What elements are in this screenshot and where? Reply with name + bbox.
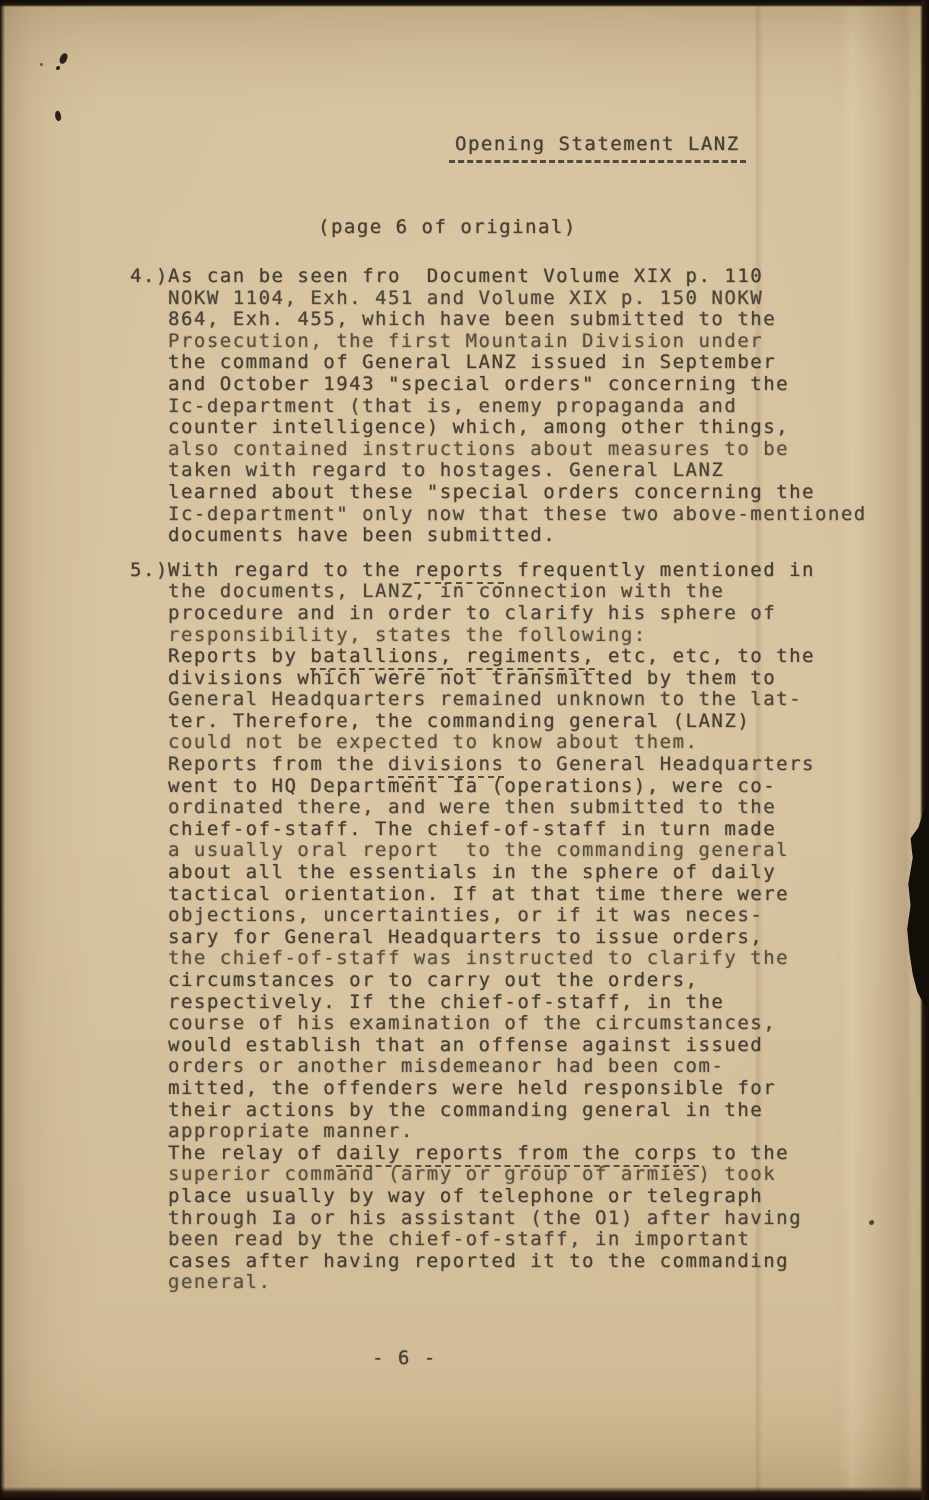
- ink-speck: [53, 110, 62, 121]
- paragraph-body: With regard to the reports frequently me…: [168, 560, 854, 1294]
- ink-speck: [58, 52, 68, 65]
- text-line: would establish that an offense against …: [168, 1035, 854, 1057]
- text-line: documents have been submitted.: [168, 525, 854, 547]
- text-line: 864, Exh. 455, which have been submitted…: [168, 309, 854, 331]
- text-line: mitted, the offenders were held responsi…: [168, 1078, 854, 1100]
- ink-speck: [869, 1220, 874, 1225]
- text-line: The relay of daily reports from the corp…: [168, 1143, 854, 1165]
- text-line: through Ia or his assistant (the O1) aft…: [168, 1208, 854, 1230]
- scan-edge-left: [0, 0, 5, 1500]
- text-line: Prosecution, the first Mountain Division…: [168, 331, 854, 353]
- document-title: Opening Statement LANZ: [449, 134, 746, 163]
- text-line: orders or another misdemeanor had been c…: [168, 1056, 854, 1078]
- scan-edge-bottom: [0, 1487, 929, 1500]
- text-line: ordinated there, and were then submitted…: [168, 797, 854, 819]
- text-line: the documents, LANZ, in connection with …: [168, 581, 854, 603]
- page-number: - 6 -: [372, 1348, 437, 1370]
- text-line: responsibility, states the following:: [168, 625, 854, 647]
- text-line: the chief-of-staff was instructed to cla…: [168, 948, 854, 970]
- text-line: sary for General Headquarters to issue o…: [168, 927, 854, 949]
- scan-edge-right: [920, 0, 929, 1500]
- text-line: ter. Therefore, the commanding general (…: [168, 711, 854, 733]
- paragraph: 5.)With regard to the reports frequently…: [130, 560, 854, 1294]
- text-line: could not be expected to know about them…: [168, 732, 854, 754]
- text-line: general.: [168, 1272, 854, 1294]
- text-line: superior command (army or group of armie…: [168, 1164, 854, 1186]
- ink-speck: [56, 66, 60, 70]
- text-line: went to HQ Department Ia (operations), w…: [168, 776, 854, 798]
- text-line: taken with regard to hostages. General L…: [168, 460, 854, 482]
- paragraph-number: 5.): [130, 560, 169, 582]
- text-line: about all the essentials in the sphere o…: [168, 862, 854, 884]
- ink-speck: [40, 63, 43, 66]
- text-line: NOKW 1104, Exh. 451 and Volume XIX p. 15…: [168, 288, 854, 310]
- scan-edge-top: [0, 0, 929, 7]
- text-line: also contained instructions about measur…: [168, 439, 854, 461]
- text-line: Reports from the divisions to General He…: [168, 754, 854, 776]
- text-line: procedure and in order to clarify his sp…: [168, 603, 854, 625]
- scanned-document-page: Opening Statement LANZ (page 6 of origin…: [0, 0, 929, 1500]
- paragraph: 4.)As can be seen fro Document Volume XI…: [130, 266, 854, 547]
- text-line: and October 1943 "special orders" concer…: [168, 374, 854, 396]
- text-line: circumstances or to carry out the orders…: [168, 970, 854, 992]
- text-line: Ic-department" only now that these two a…: [168, 504, 854, 526]
- text-line: the command of General LANZ issued in Se…: [168, 352, 854, 374]
- text-line: appropriate manner.: [168, 1121, 854, 1143]
- document-body: 4.)As can be seen fro Document Volume XI…: [130, 266, 854, 1294]
- page-reference-note: (page 6 of original): [318, 217, 577, 239]
- text-line: objections, uncertainties, or if it was …: [168, 905, 854, 927]
- text-line: their actions by the commanding general …: [168, 1100, 854, 1122]
- text-line: learned about these "special orders conc…: [168, 482, 854, 504]
- text-line: Reports by batallions, regiments, etc, e…: [168, 646, 854, 668]
- text-line: As can be seen fro Document Volume XIX p…: [168, 266, 854, 288]
- text-line: been read by the chief-of-staff, in impo…: [168, 1229, 854, 1251]
- text-line: chief-of-staff. The chief-of-staff in tu…: [168, 819, 854, 841]
- text-line: divisions which were not transmitted by …: [168, 668, 854, 690]
- text-line: tactical orientation. If at that time th…: [168, 884, 854, 906]
- text-line: course of his examination of the circums…: [168, 1013, 854, 1035]
- text-line: cases after having reported it to the co…: [168, 1251, 854, 1273]
- text-line: General Headquarters remained unknown to…: [168, 689, 854, 711]
- text-line: a usually oral report to the commanding …: [168, 840, 854, 862]
- text-line: With regard to the reports frequently me…: [168, 560, 854, 582]
- torn-edge-blot: [901, 793, 929, 1009]
- paragraph-number: 4.): [130, 266, 169, 288]
- paragraph-body: As can be seen fro Document Volume XIX p…: [168, 266, 854, 547]
- text-line: Ic-department (that is, enemy propaganda…: [168, 396, 854, 418]
- text-line: place usually by way of telephone or tel…: [168, 1186, 854, 1208]
- text-line: counter intelligence) which, among other…: [168, 417, 854, 439]
- text-line: respectively. If the chief-of-staff, in …: [168, 992, 854, 1014]
